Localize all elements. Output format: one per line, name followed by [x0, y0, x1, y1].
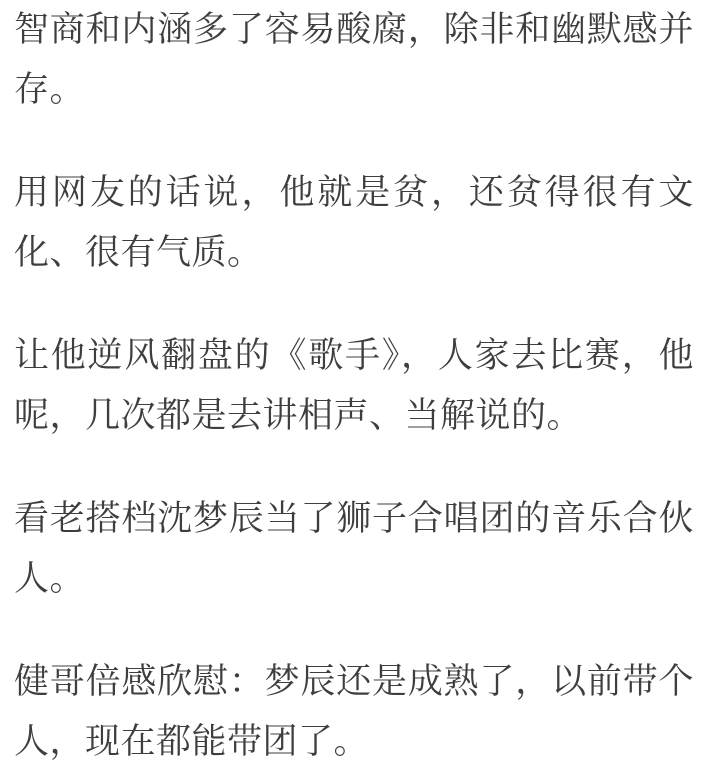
paragraph: 让他逆风翻盘的《歌手》，人家去比赛，他呢，几次都是去讲相声、当解说的。 — [14, 326, 694, 446]
paragraph: 看老搭档沈梦辰当了狮子合唱团的音乐合伙人。 — [14, 489, 694, 609]
article-body: 智商和内涵多了容易酸腐，除非和幽默感并存。 用网友的话说，他就是贫，还贫得很有文… — [0, 0, 708, 772]
paragraph: 用网友的话说，他就是贫，还贫得很有文化、很有气质。 — [14, 163, 694, 283]
paragraph: 健哥倍感欣慰：梦辰还是成熟了，以前带个人，现在都能带团了。 — [14, 652, 694, 772]
paragraph: 智商和内涵多了容易酸腐，除非和幽默感并存。 — [14, 0, 694, 120]
